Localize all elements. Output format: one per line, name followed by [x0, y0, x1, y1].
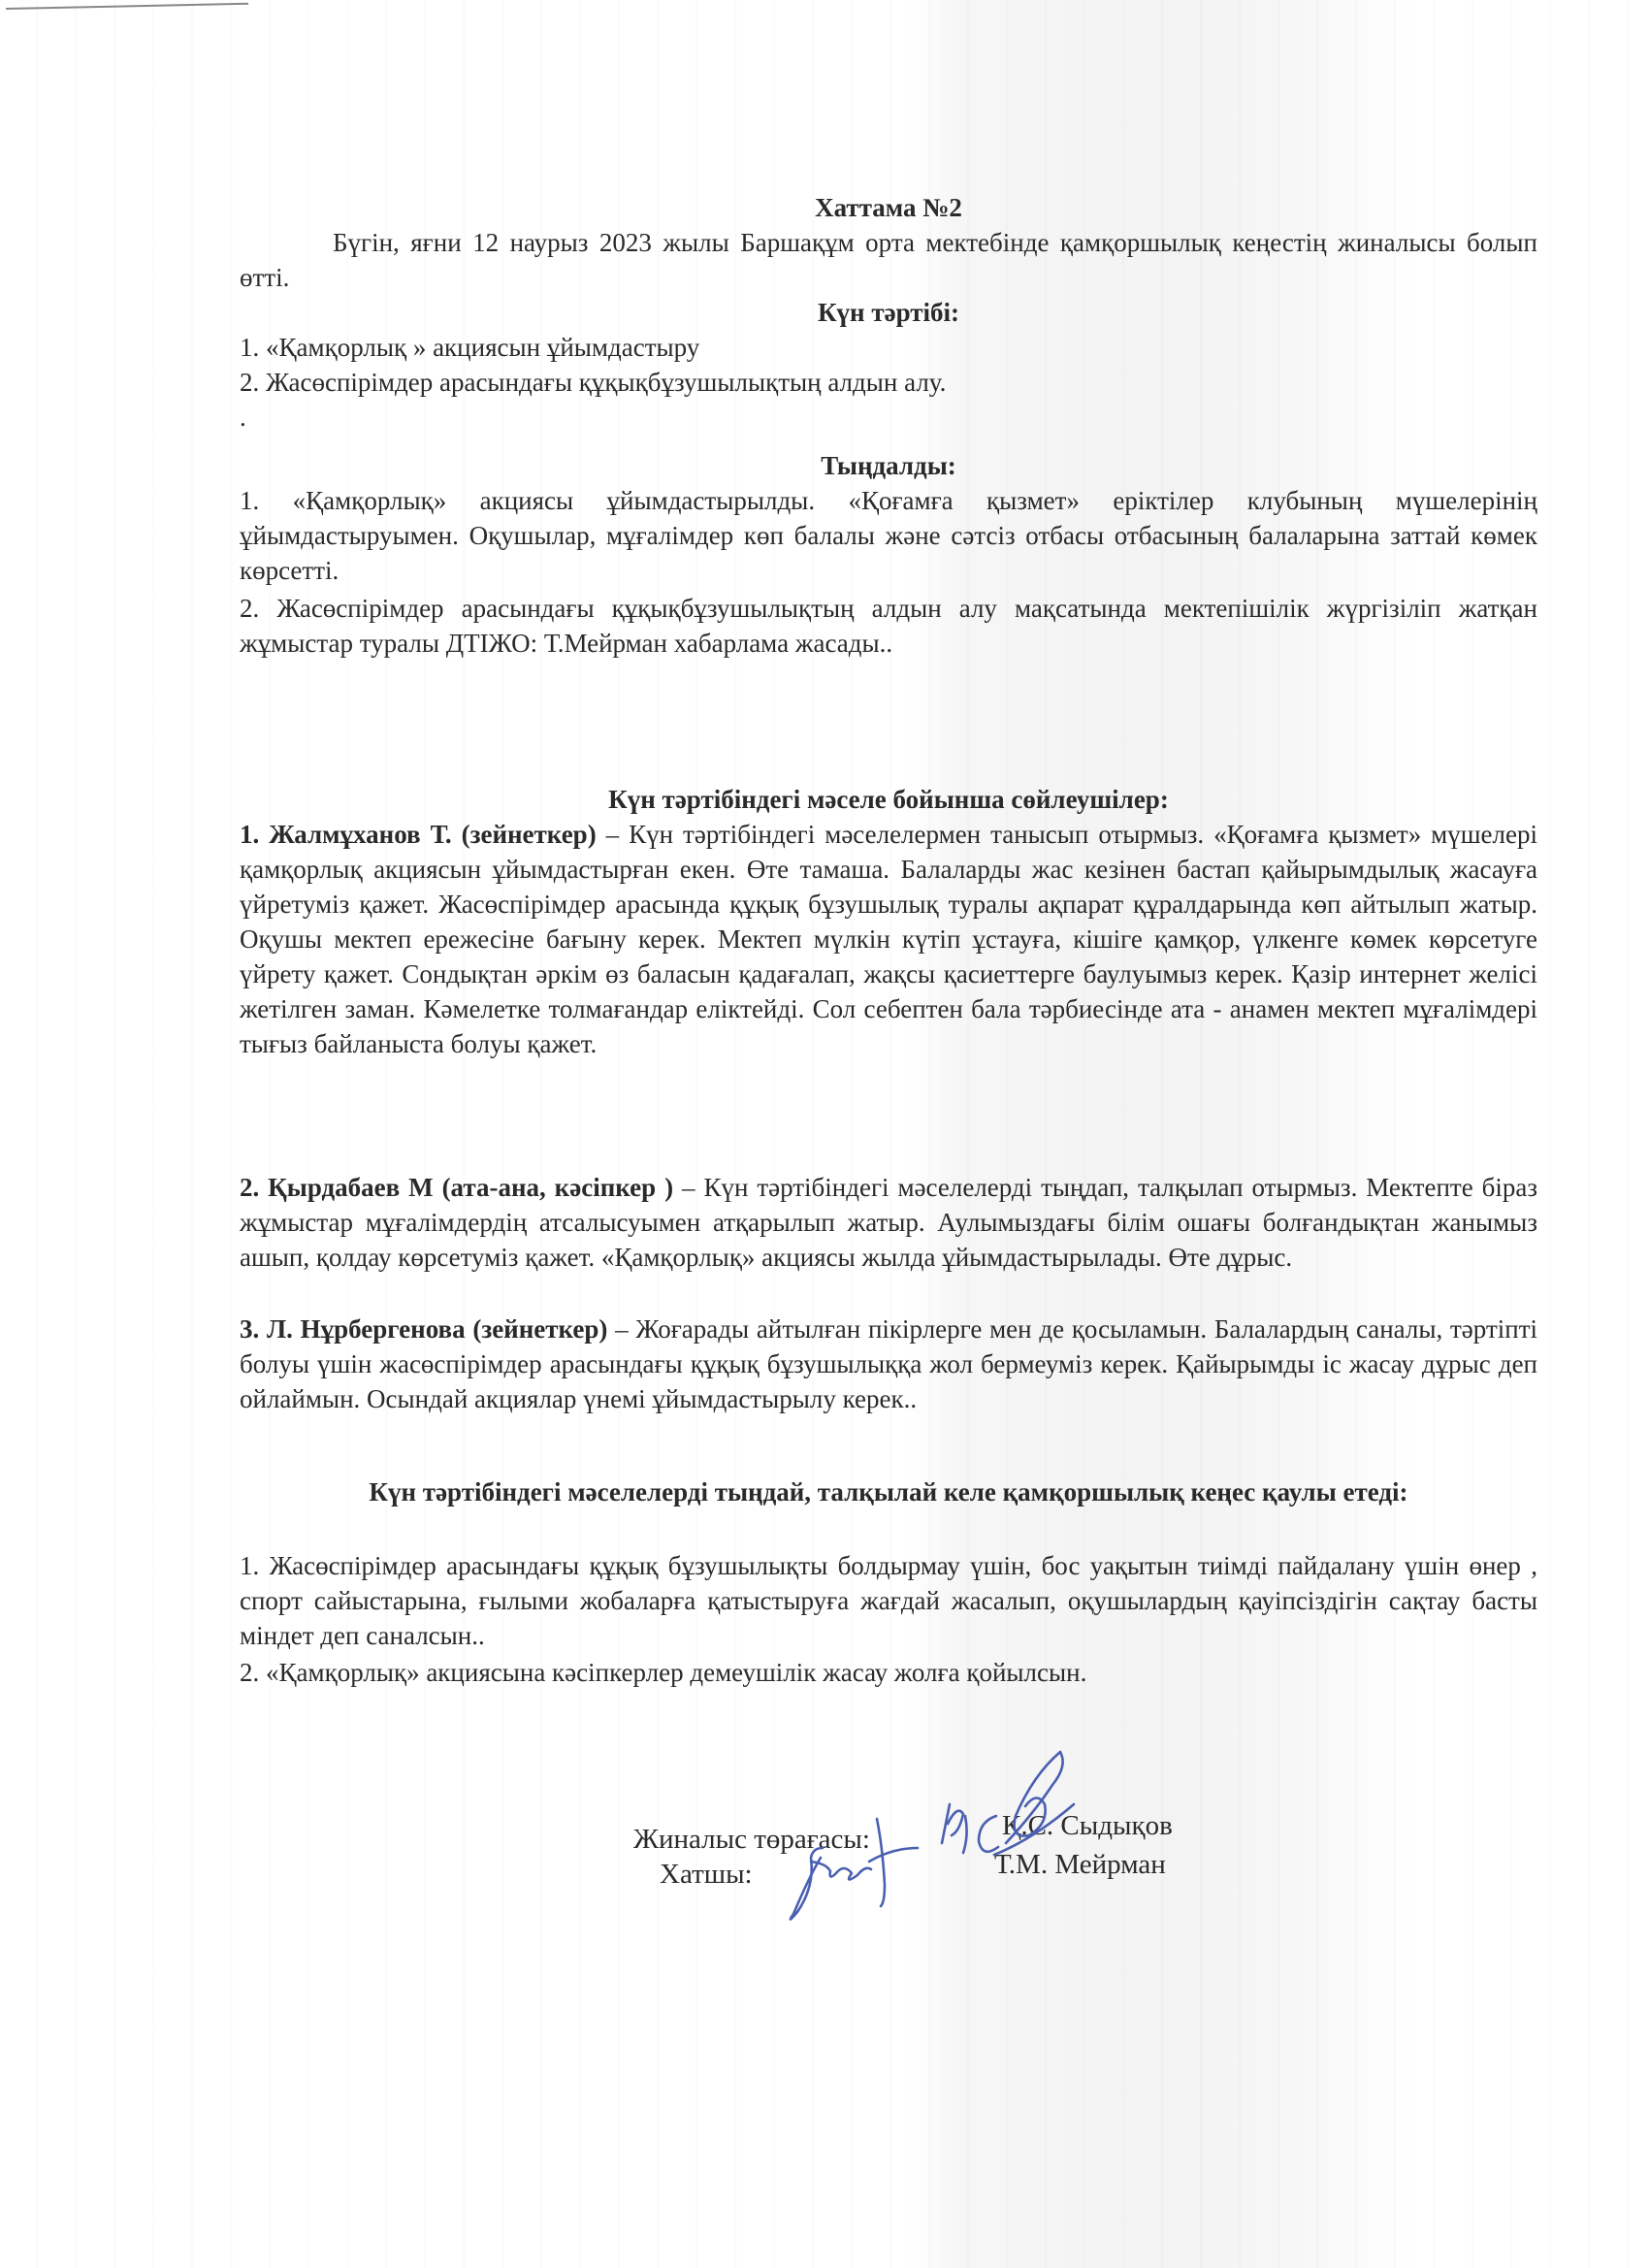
document-title: Хаттама №2 — [240, 190, 1537, 225]
agenda-item: 2. Жасөспірімдер арасындағы құқықбұзушыл… — [240, 365, 1537, 400]
secretary-signature-icon — [776, 1809, 951, 1926]
stray-mark: . — [240, 400, 1537, 435]
resolution-item: 1. Жасөспірімдер арасындағы құқық бұзушы… — [240, 1548, 1537, 1653]
secretary-label: Хатшы: — [660, 1857, 753, 1892]
resolution-item: 2. «Қамқорлық» акциясына кәсіпкерлер дем… — [240, 1655, 1537, 1690]
heard-heading: Тыңдалды: — [240, 448, 1537, 483]
intro-paragraph: Бүгін, яғни 12 наурыз 2023 жылы Баршақұм… — [240, 225, 1537, 295]
speaker-name: 2. Қырдабаев М (ата-ана, кәсіпкер ) — [240, 1173, 673, 1202]
speaker-entry: 2. Қырдабаев М (ата-ана, кәсіпкер ) – Кү… — [240, 1170, 1537, 1275]
speakers-heading: Күн тәртібіндегі мәселе бойынша сөйлеуші… — [240, 782, 1537, 817]
scan-edge-line — [6, 3, 248, 10]
speaker-name: 1. Жалмұханов Т. (зейнеткер) — [240, 820, 597, 849]
resolution-heading: Күн тәртібіндегі мәселелерді тыңдай, тал… — [240, 1474, 1537, 1509]
speaker-text: – Күн тәртібіндегі мәселелермен танысып … — [240, 820, 1537, 1058]
heard-item: 1. «Қамқорлық» акциясы ұйымдастырылды. «… — [240, 483, 1537, 588]
heard-item: 2. Жасөспірімдер арасындағы құқықбұзушыл… — [240, 591, 1537, 661]
chair-signature-icon — [936, 1746, 1101, 1872]
scanned-page: Хаттама №2 Бүгін, яғни 12 наурыз 2023 жы… — [0, 0, 1649, 2268]
agenda-heading: Күн тәртібі: — [240, 295, 1537, 330]
speaker-name: 3. Л. Нұрбергенова (зейнеткер) — [240, 1314, 607, 1344]
speaker-entry: 1. Жалмұханов Т. (зейнеткер) – Күн тәрті… — [240, 817, 1537, 1061]
agenda-item: 1. «Қамқорлық » акциясын ұйымдастыру — [240, 330, 1537, 365]
speaker-entry: 3. Л. Нұрбергенова (зейнеткер) – Жоғарад… — [240, 1312, 1537, 1416]
